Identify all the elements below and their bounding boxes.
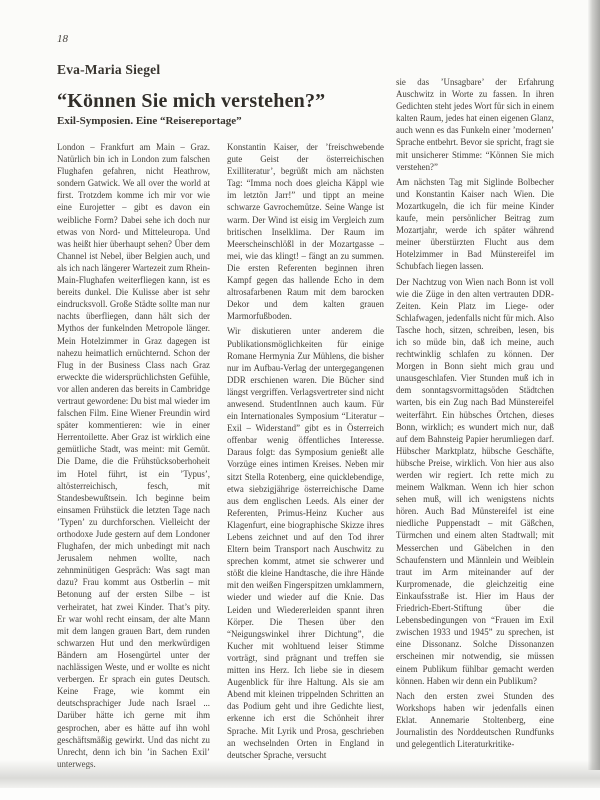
article-subtitle: Exil-Symposien. Eine “Reisereportage” (57, 115, 392, 127)
paragraph: Wir diskutieren unter anderem die Publik… (227, 325, 384, 760)
page-number: 18 (57, 33, 68, 45)
paragraph: London – Frankfurt am Main – Graz. Natür… (57, 141, 210, 770)
scan-edge-shadow-right (588, 0, 600, 770)
paragraph: sie das ’Unsagbare’ der Erfahrung Auschw… (396, 76, 554, 173)
text-column-2: Konstantin Kaiser, der ’freischwebende g… (227, 141, 384, 764)
text-column-3: sie das ’Unsagbare’ der Erfahrung Auschw… (396, 76, 554, 753)
scanned-document-page: 18 Eva-Maria Siegel “Können Sie mich ver… (0, 0, 600, 800)
scan-edge-shadow-bottom (0, 760, 600, 790)
paragraph: Nach den ersten zwei Stunden des Worksho… (396, 690, 554, 750)
article-header: Eva-Maria Siegel “Können Sie mich verste… (57, 62, 392, 127)
paragraph: Am nächsten Tag mit Siglinde Bolbecher u… (396, 176, 554, 273)
paragraph: Konstantin Kaiser, der ’freischwebende g… (227, 141, 384, 322)
scan-page-bottom-margin (0, 788, 600, 800)
article-author: Eva-Maria Siegel (57, 62, 392, 78)
article-title: “Können Sie mich verstehen?” (57, 90, 392, 112)
paragraph: Der Nachtzug von Wien nach Bonn ist voll… (396, 276, 554, 687)
text-column-1: London – Frankfurt am Main – Graz. Natür… (57, 141, 210, 773)
